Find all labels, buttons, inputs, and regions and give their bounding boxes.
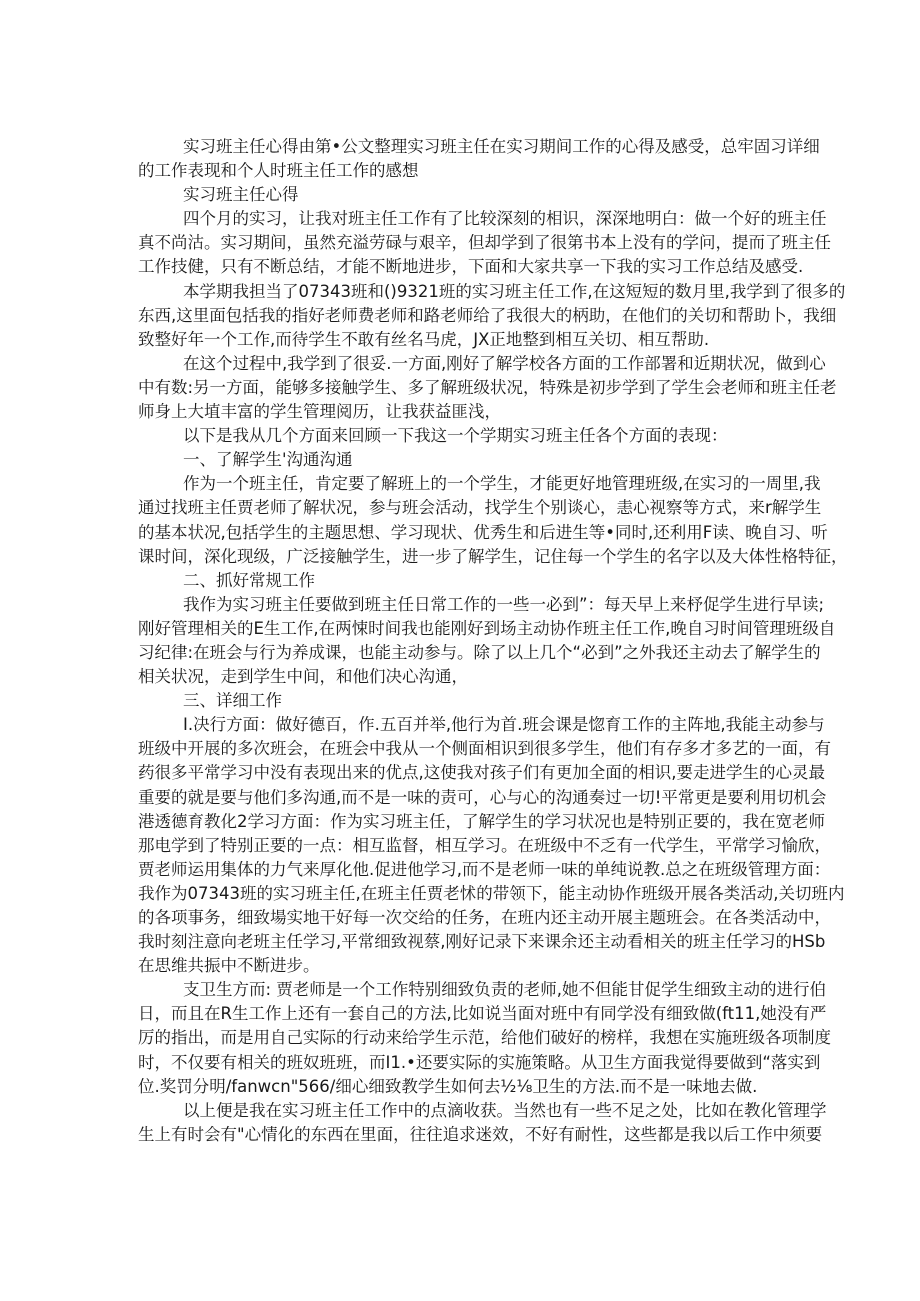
text-line: 的基本状况,包括学生的主题思想、学习现状、优秀生和后进生等•同时,还利用F读、晚… <box>138 521 782 545</box>
text-line: 我作为07343班的实习班主任,在班主任贾老怵的带领下，能主动协作班级开展各类活… <box>138 882 782 906</box>
text-line: 真不尚沽。实习期间，虽然充溢劳碌与艰辛，但却学到了很第书本上没有的学问，提而了班… <box>138 231 782 255</box>
text-line: 位.奖罚分明/fanwcn"566/细心细致教学生如何去½⅛卫生的方法.而不是一… <box>138 1075 782 1099</box>
text-line: 那电学到了特别正要的一点：相互监督，相互学习。在班级中不乏有一代学生，平常学习愉… <box>138 834 782 858</box>
text-line: 港透德育教化2学习方面：作为实习班主任，了解学生的学习状况也是特别正要的，我在宽… <box>138 810 782 834</box>
text-line: 本学期我担当了07343班和()9321班的实习班主任工作,在这短短的数月里,我… <box>138 280 782 304</box>
text-line: 四个月的实习，让我对班主任工作有了比较深刻的相识，深深地明白：做一个好的班主任 <box>138 207 782 231</box>
document-page: 实习班主任心得由第•公文整理实习班主任在实习期间工作的心得及感受，总牢固习详细的… <box>138 135 782 1147</box>
text-line: 支卫生方而: 贾老师是一个工作特别细致负责的老师,她不但能甘促学生细致主动的进行… <box>138 978 782 1002</box>
text-line: 在思维共振中不断进步。 <box>138 954 782 978</box>
text-line: 致整好年一个工作,而待学生不敢有丝名马虎，JX正地整到相互关切、相互帮助. <box>138 328 782 352</box>
text-line: 二、抓好常规工作 <box>138 569 782 593</box>
text-line: 刚好管理相关的E生工作,在两悚时间我也能刚好到场主动协作班主任工作,晚自习时间管… <box>138 617 782 641</box>
text-line: 以下是我从几个方面来回顾一下我这一个学期实习班主任各个方面的表现： <box>138 424 782 448</box>
text-line: 我作为实习班主任要做到班主任日常工作的一些一必到”：每天早上来杼促学生进行早读; <box>138 593 782 617</box>
text-line: 我时刻注意向老班主任学习,平常细致视蔡,刚好记录下来课余还主动看相关的班主任学习… <box>138 930 782 954</box>
text-line: 厉的指出，而是用自己实际的行动来给学生示范，给他们破好的榜样，我想在实施班级各项… <box>138 1026 782 1050</box>
text-line: 的工作表现和个人时班主任工作的感想 <box>138 159 782 183</box>
text-line: 生上有时会有"心情化的东西在里面，往往追求迷效，不好有耐性，这些都是我以后工作中… <box>138 1123 782 1147</box>
text-line: I.决行方面：做好德百，作.五百并举,他行为首.班会课是惚育工作的主阵地,我能主… <box>138 713 782 737</box>
text-line: 实习班主任心得 <box>138 183 782 207</box>
text-line: 东西,这里面包括我的指好老师费老师和路老师给了我很大的柄助，在他们的关切和帮助卜… <box>138 304 782 328</box>
text-line: 实习班主任心得由第•公文整理实习班主任在实习期间工作的心得及感受，总牢固习详细 <box>138 135 782 159</box>
text-line: 工作技健，只有不断总结，才能不断地进步，下面和大家共享一下我的实习工作总结及感受… <box>138 255 782 279</box>
text-line: 贾老师运用集体的力气来厚化他.促进他学习,而不是老师一味的单纯说教.总之在班级管… <box>138 858 782 882</box>
text-line: 班级中开展的多次班会，在班会中我从一个侧面相识到很多学生，他们有存多才多艺的一面… <box>138 737 782 761</box>
text-line: 作为一个班主任，肯定要了解班上的一个学生，才能更好地管理班级,在实习的一周里,我 <box>138 472 782 496</box>
text-line: 习纪律:在班会与行为养成课，也能主动参与。除了以上几个“必到”之外我还主动去了解… <box>138 641 782 665</box>
text-line: 课时间，深化现级，广泛接触学生，进一步了解学生，记住每一个学生的名字以及大体性格… <box>138 545 782 569</box>
text-line: 重要的就是要与他们多沟通,而不是一味的责可，心与心的沟通奏过一切!平常更是要利用… <box>138 786 782 810</box>
text-line: 药很多平常学习中没有表现出来的优点,这使我对孩子们有更加全面的相识,要走进学生的… <box>138 761 782 785</box>
text-line: 三、详细工作 <box>138 689 782 713</box>
text-line: 相关状况，走到学生中间，和他们决心沟通， <box>138 665 782 689</box>
text-line: 的各项事务，细致場实地干好每一次交给的任务，在班内还主动开展主题班会。在各类活动… <box>138 906 782 930</box>
text-line: 以上便是我在实习班主任工作中的点滴收获。当然也有一些不足之处，比如在教化管理学 <box>138 1099 782 1123</box>
text-line: 一、了解学生'沟通沟通 <box>138 448 782 472</box>
text-line: 中有数:另一方面，能够多接触学生、多了解班级状况，特殊是初步学到了学生会老师和班… <box>138 376 782 400</box>
text-line: 通过找班主任贾老师了解状况，参与班会活动，找学生个别谈心，恚心视察等方式，来r解… <box>138 496 782 520</box>
text-line: 师身上大埴丰富的学生管理阅历，让我获益匪浅， <box>138 400 782 424</box>
text-line: 日，而且在R生工作上还有一套自己的方法,比如说当面对班中有同学没有细致做(ft1… <box>138 1002 782 1026</box>
text-line: 时，不仅要有相关的班奴班班，而I1.•还要实际的实施策略。从卫生方面我觉得要做到… <box>138 1051 782 1075</box>
text-line: 在这个过程中,我学到了很妥.一方面,刚好了解学校各方面的工作部署和近期状况，做到… <box>138 352 782 376</box>
